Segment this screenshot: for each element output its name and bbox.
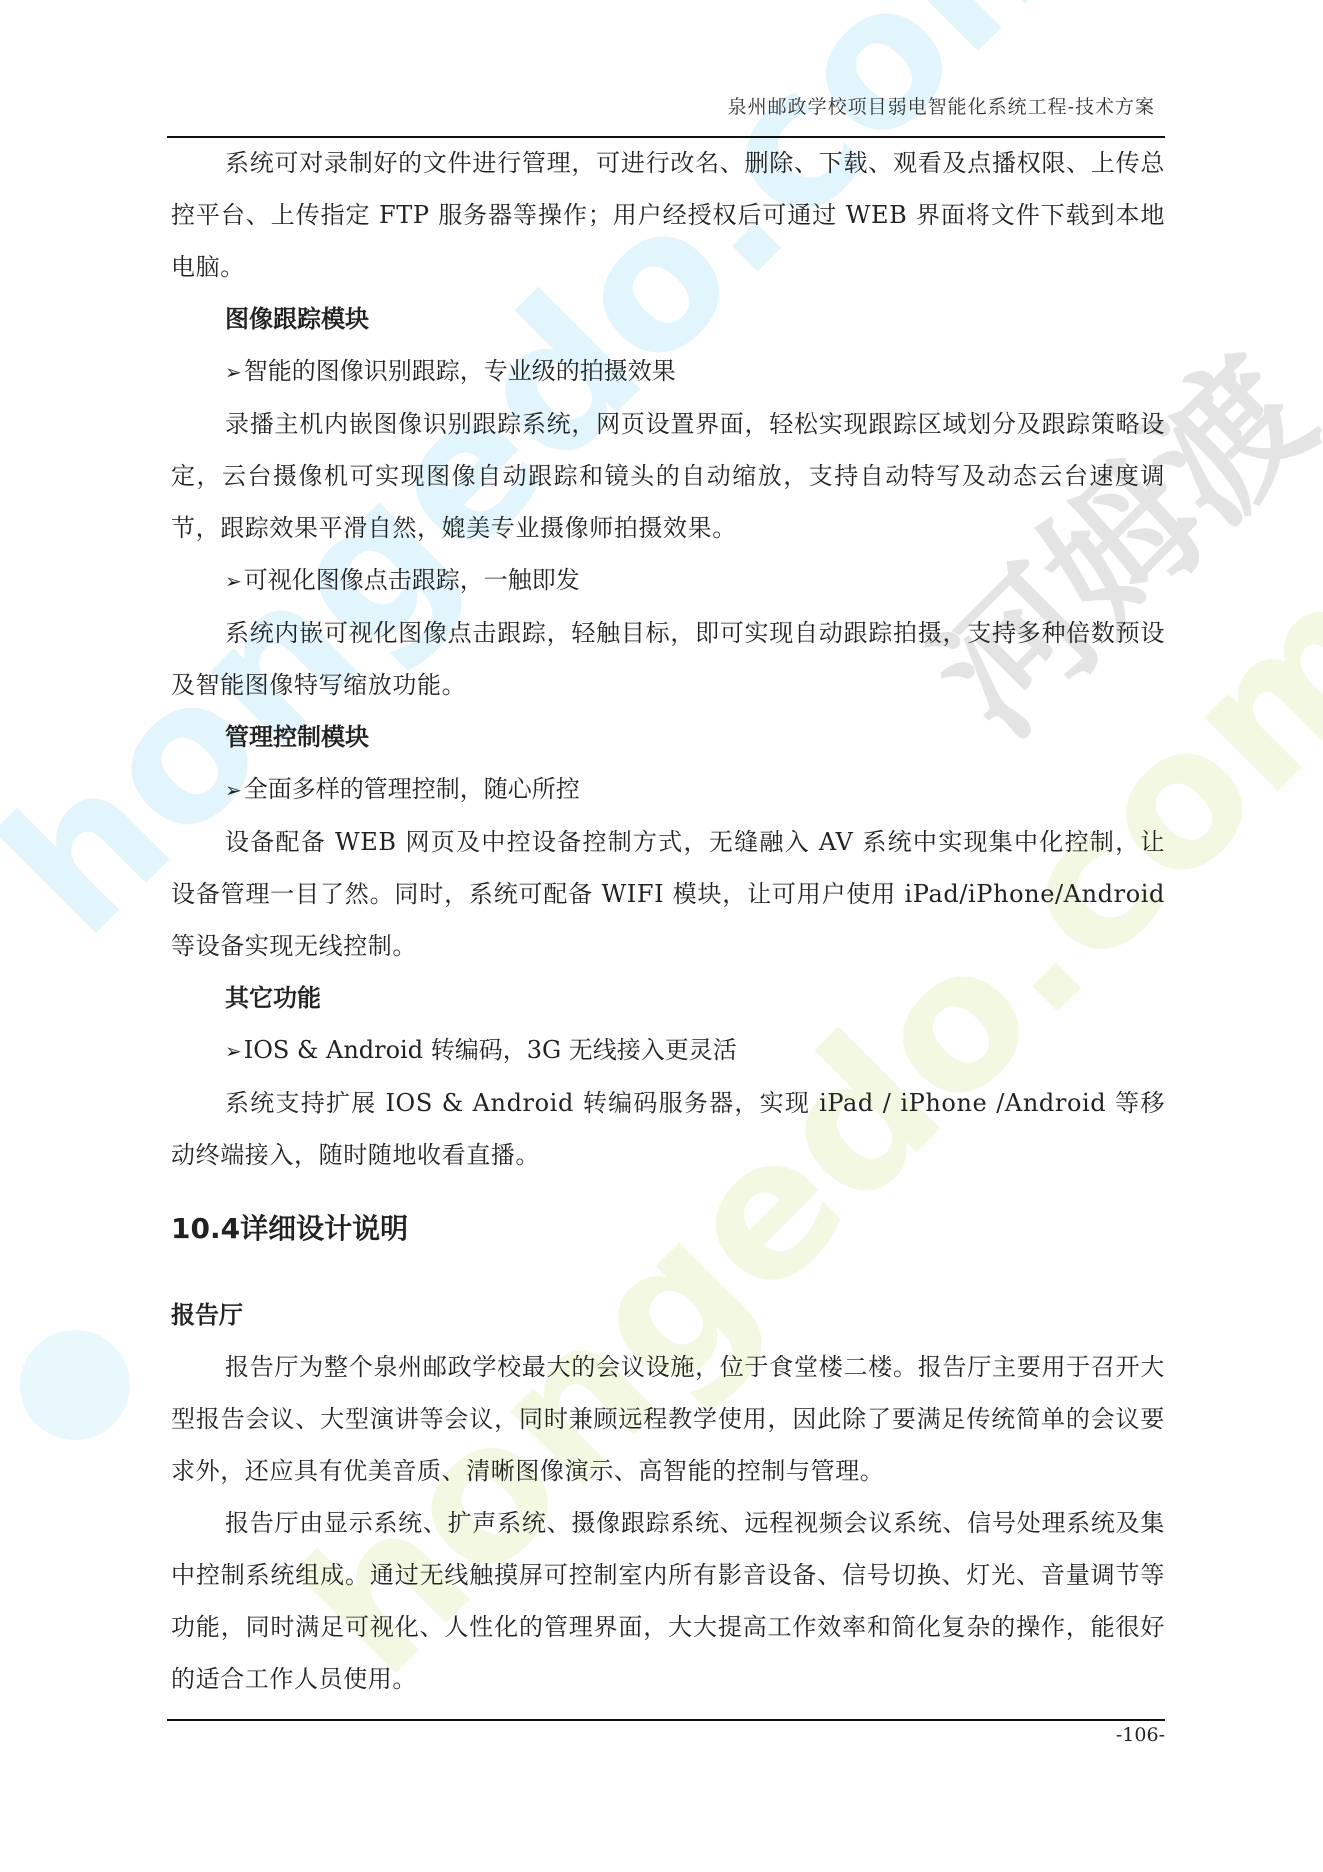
bullet-item: ➢可视化图像点击跟踪，一触即发 xyxy=(171,554,1165,607)
paragraph: 报告厅由显示系统、扩声系统、摄像跟踪系统、远程视频会议系统、信号处理系统及集中控… xyxy=(171,1497,1165,1705)
bullet-text: 全面多样的管理控制，随心所控 xyxy=(244,775,580,803)
heading-other-functions: 其它功能 xyxy=(171,972,1165,1024)
arrow-bullet-icon: ➢ xyxy=(225,1025,242,1077)
paragraph: 系统支持扩展 IOS & Android 转编码服务器，实现 iPad / iP… xyxy=(171,1077,1165,1181)
paragraph: 报告厅为整个泉州邮政学校最大的会议设施，位于食堂楼二楼。报告厅主要用于召开大型报… xyxy=(171,1341,1165,1497)
arrow-bullet-icon: ➢ xyxy=(225,346,242,398)
paragraph-file-management: 系统可对录制好的文件进行管理，可进行改名、删除、下载、观看及点播权限、上传总控平… xyxy=(171,137,1165,293)
bullet-item: ➢智能的图像识别跟踪，专业级的拍摄效果 xyxy=(171,345,1165,398)
subsection-title: 报告厅 xyxy=(171,1289,1165,1341)
watermark-flower-icon xyxy=(20,1330,130,1440)
document-header-title: 泉州邮政学校项目弱电智能化系统工程-技术方案 xyxy=(728,92,1155,119)
page-number: -106- xyxy=(1116,1724,1165,1746)
bullet-text: 智能的图像识别跟踪，专业级的拍摄效果 xyxy=(244,357,676,385)
heading-management-control: 管理控制模块 xyxy=(171,711,1165,763)
paragraph: 设备配备 WEB 网页及中控设备控制方式，无缝融入 AV 系统中实现集中化控制，… xyxy=(171,816,1165,972)
paragraph: 系统内嵌可视化图像点击跟踪，轻触目标，即可实现自动跟踪拍摄，支持多种倍数预设及智… xyxy=(171,607,1165,711)
footer-rule xyxy=(167,1719,1165,1721)
bullet-item: ➢全面多样的管理控制，随心所控 xyxy=(171,763,1165,816)
heading-image-tracking: 图像跟踪模块 xyxy=(171,293,1165,345)
arrow-bullet-icon: ➢ xyxy=(225,555,242,607)
section-title: 10.4详细设计说明 xyxy=(171,1209,1165,1249)
document-body: 系统可对录制好的文件进行管理，可进行改名、删除、下载、观看及点播权限、上传总控平… xyxy=(171,137,1165,1705)
bullet-item: ➢IOS & Android 转编码，3G 无线接入更灵活 xyxy=(171,1024,1165,1077)
arrow-bullet-icon: ➢ xyxy=(225,764,242,816)
bullet-text: IOS & Android 转编码，3G 无线接入更灵活 xyxy=(244,1036,737,1064)
paragraph: 录播主机内嵌图像识别跟踪系统，网页设置界面，轻松实现跟踪区域划分及跟踪策略设定，… xyxy=(171,398,1165,554)
bullet-text: 可视化图像点击跟踪，一触即发 xyxy=(244,566,580,594)
